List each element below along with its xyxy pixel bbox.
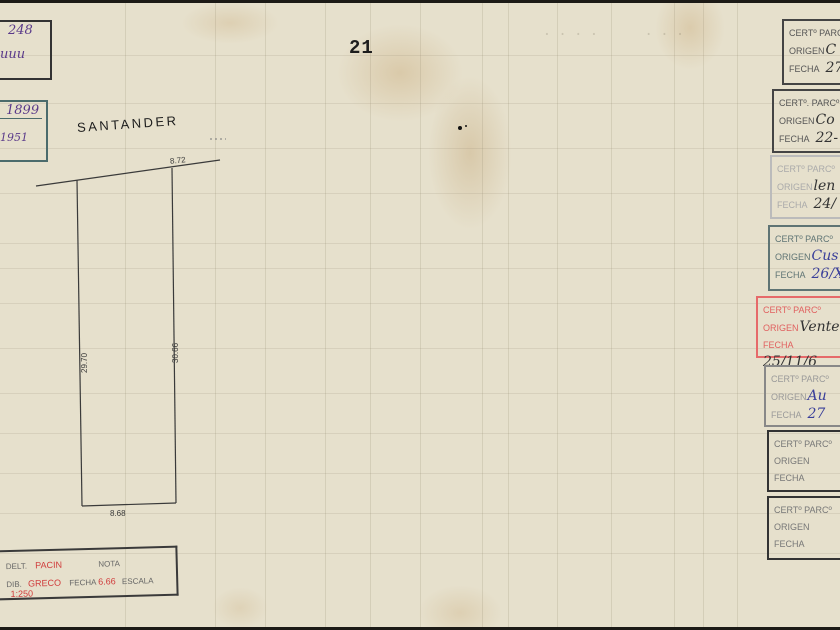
- fecha-value: 24/: [814, 196, 837, 212]
- cert-label: CERTº. PARCº. Nº: [779, 98, 840, 108]
- origen-label: ORIGEN: [771, 389, 805, 406]
- origen-label: ORIGEN: [774, 453, 808, 470]
- plan-stamp: DELT. PACIN NOTA DIB. GRECO FECHA 6.66 E…: [0, 546, 179, 601]
- origen-value: len: [814, 178, 836, 194]
- origen-label: ORIGEN: [775, 249, 809, 266]
- origen-value: Co: [816, 112, 835, 128]
- certificate-stamp: CERTº PARCº ORIGEN FECHA: [767, 430, 840, 492]
- delineante-label: DELT.: [6, 562, 27, 572]
- delineante-value: PACIN: [35, 560, 62, 571]
- right-depth-label: 30.66: [171, 343, 180, 363]
- ink-speck: [458, 126, 462, 130]
- fecha-label: FECHA: [789, 61, 823, 78]
- escala-label: ESCALA: [122, 576, 153, 586]
- origen-value: Au: [808, 388, 827, 404]
- cert-label: CERTº PARCº: [763, 305, 821, 315]
- escala-value: 1:250: [10, 588, 33, 599]
- cert-label: CERTº PARCº: [789, 28, 840, 38]
- certificate-stamp: CERTº PARCº ORIGEN len FECHA 24/: [770, 155, 840, 219]
- cert-label: CERTº PARCº: [771, 374, 829, 384]
- origen-value: Cus: [812, 248, 839, 264]
- fecha-value: 26/XI: [812, 266, 840, 282]
- origen-label: ORIGEN: [777, 179, 811, 196]
- fecha-label: FECHA: [777, 197, 811, 214]
- fecha-label: FECHA: [775, 267, 809, 284]
- fecha-label: FECHA: [779, 131, 813, 148]
- ink-speck: [465, 125, 467, 127]
- back-width-label: 8.68: [110, 509, 126, 518]
- certificate-stamp: CERTº PARCº ORIGEN Au FECHA 27: [764, 365, 840, 427]
- cert-label: CERTº PARCº: [774, 505, 832, 515]
- cert-label: CERTº PARCº: [774, 439, 832, 449]
- certificate-stamp: CERTº PARCº ORIGEN C FECHA 27: [782, 19, 840, 85]
- fecha-value: 22-: [816, 130, 839, 146]
- fecha-value: 6.66: [98, 576, 116, 586]
- origen-label: ORIGEN: [779, 113, 813, 130]
- cert-label: CERTº PARCº: [775, 234, 833, 244]
- certificate-stamp: CERTº. PARCº. Nº ORIGEN Co FECHA 22-: [772, 89, 840, 153]
- origen-label: ORIGEN: [763, 320, 797, 337]
- fecha-label: FECHA: [774, 536, 808, 553]
- origen-value: Vente: [800, 319, 840, 335]
- fecha-value: 27: [826, 60, 840, 76]
- fecha-label: FECHA: [774, 470, 808, 487]
- origen-value: C: [826, 42, 837, 58]
- certificate-stamp: CERTº PARCº ORIGEN Cus FECHA 26/XI: [768, 225, 840, 291]
- fecha-label: FECHA: [771, 407, 805, 424]
- front-width-label: 8.72: [170, 155, 186, 166]
- certificate-stamp: CERTº PARCº ORIGEN FECHA: [767, 496, 840, 560]
- origen-label: ORIGEN: [789, 43, 823, 60]
- plot-outline: [0, 3, 840, 627]
- document-page: · · · · · · · 248 uuu 1899 1951 21 SANTA…: [0, 3, 840, 627]
- certificate-stamp-red: CERTº PARCº ORIGEN Vente FECHA 25/11/6: [756, 296, 840, 358]
- origen-label: ORIGEN: [774, 519, 808, 536]
- dibujante-label: DIB.: [6, 580, 22, 589]
- dibujante-value: GRECO: [28, 578, 61, 589]
- nota-label: NOTA: [98, 559, 120, 569]
- fecha-label: FECHA: [763, 337, 797, 354]
- cert-label: CERTº PARCº: [777, 164, 835, 174]
- fecha-value: 27: [808, 406, 826, 422]
- left-depth-label: 29.70: [80, 353, 89, 373]
- fecha-label: FECHA: [69, 578, 96, 588]
